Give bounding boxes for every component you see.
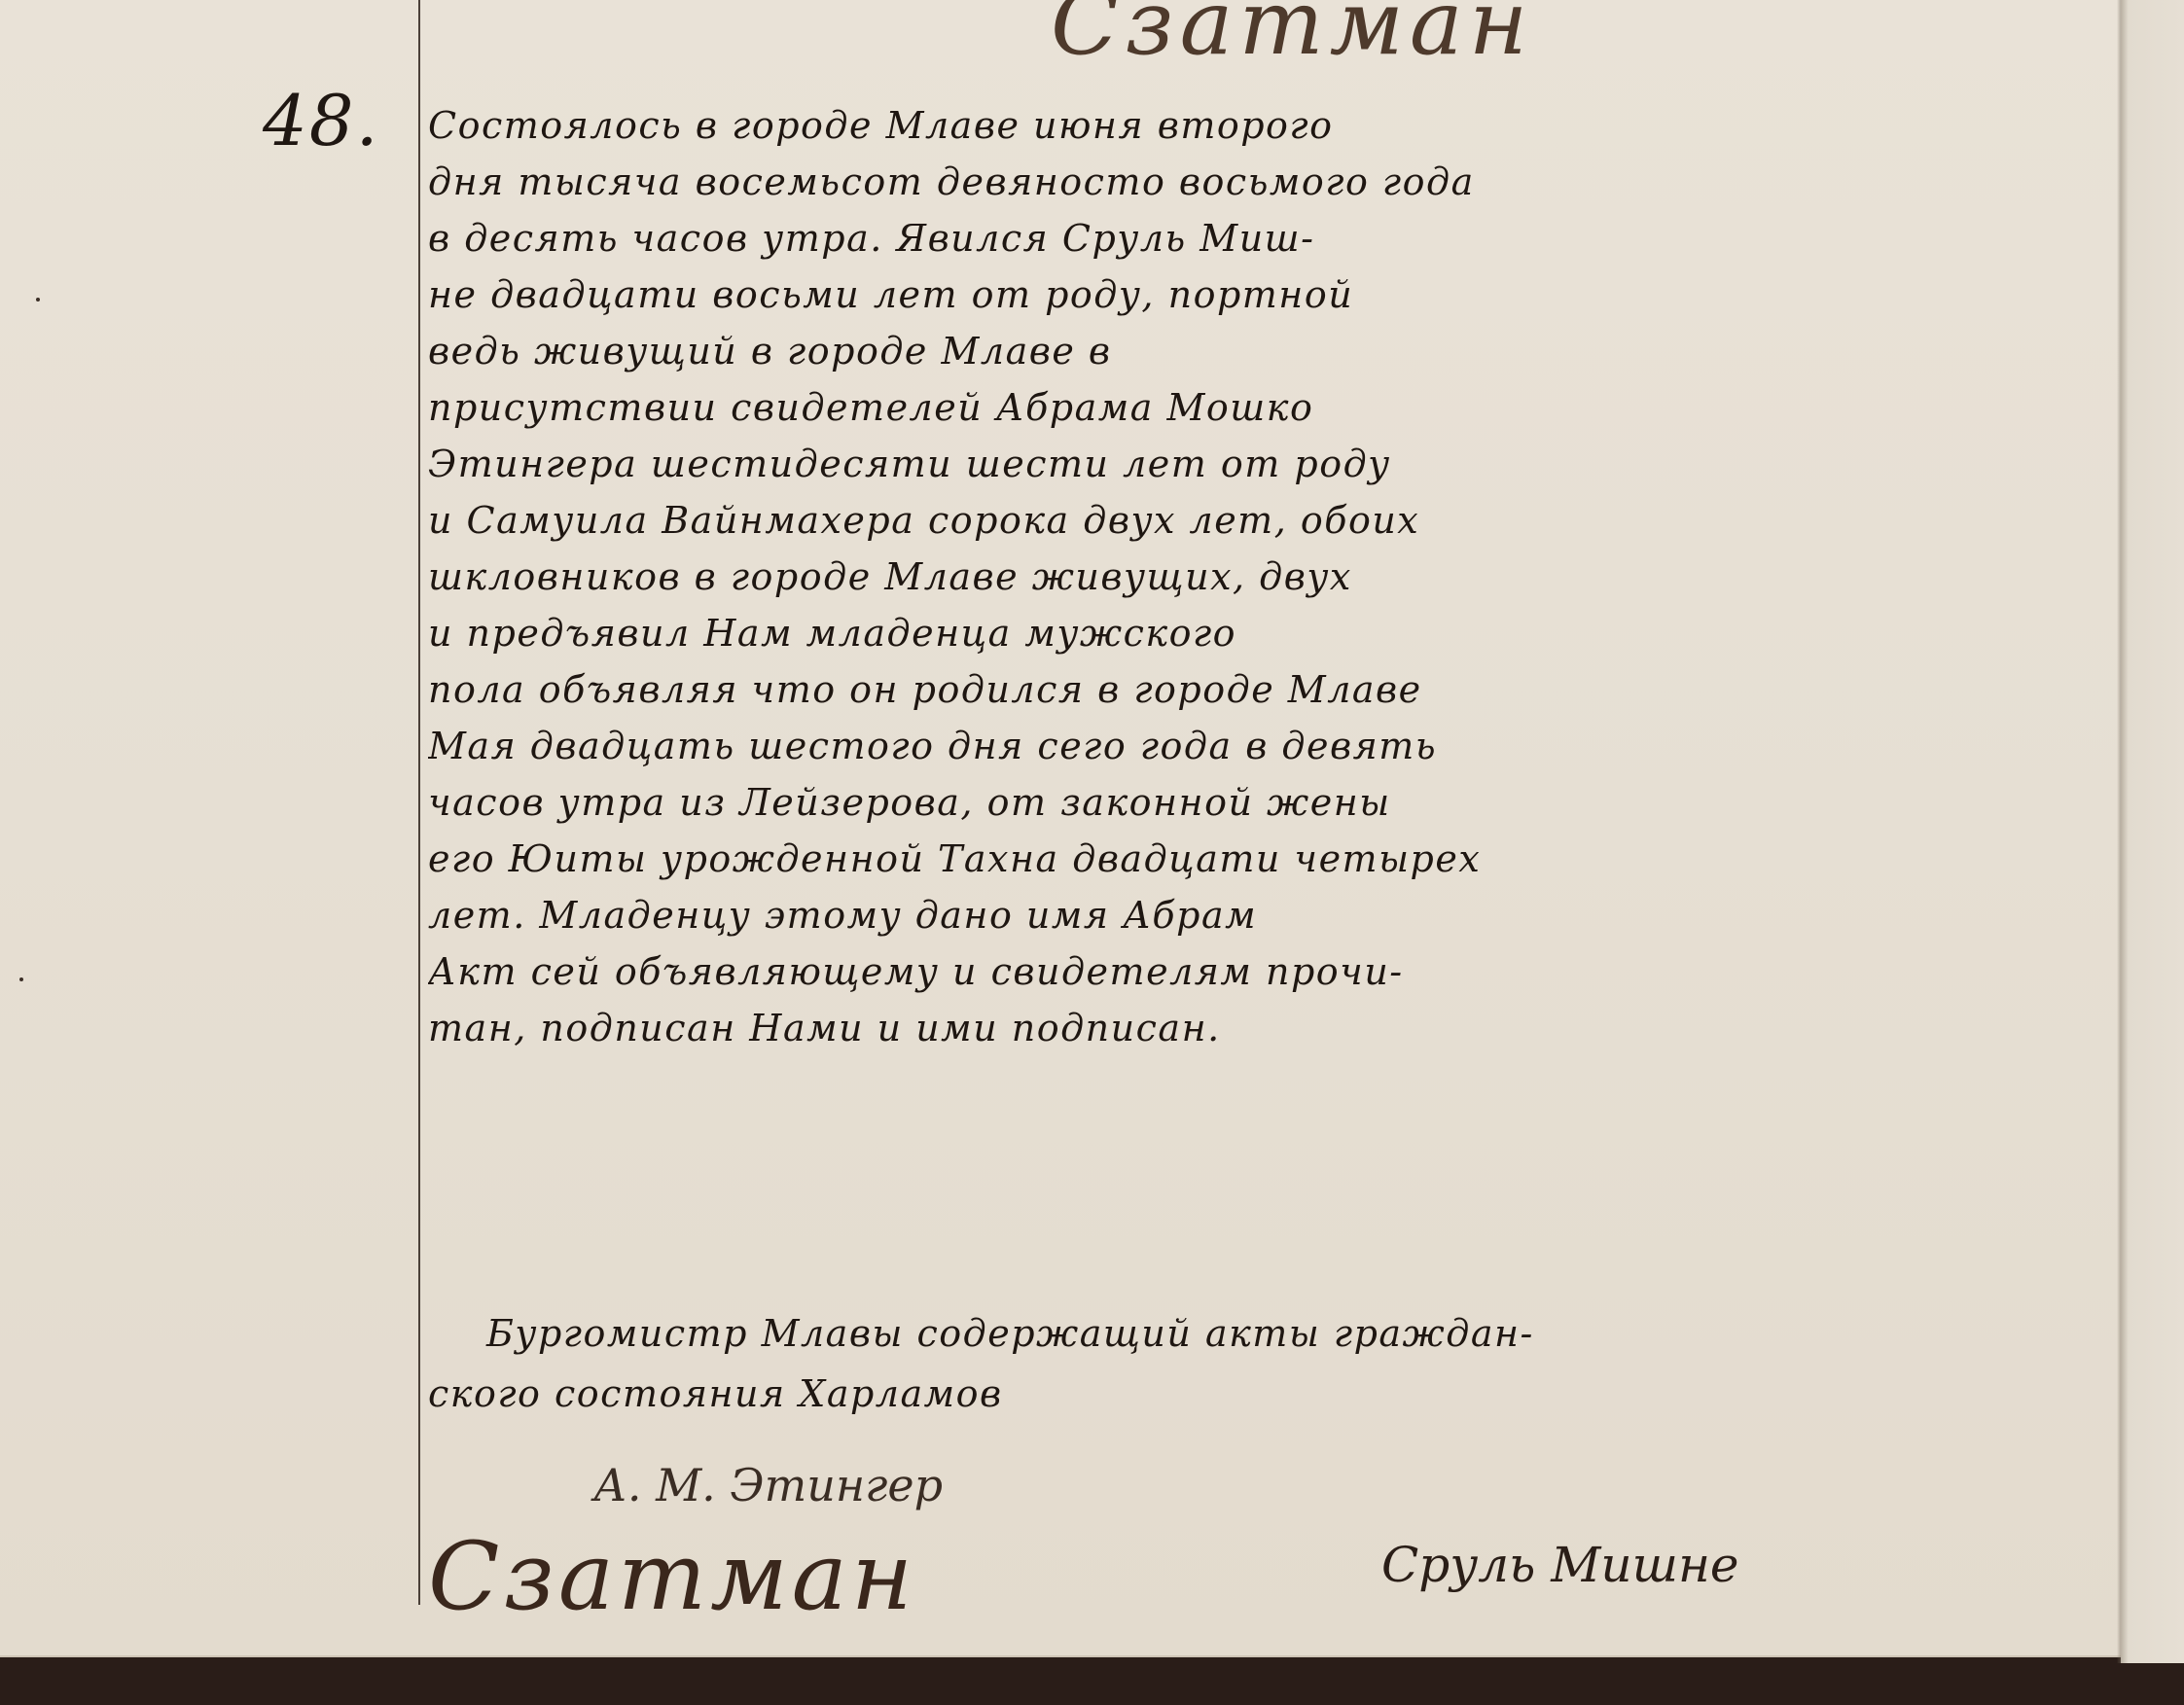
closing-line: ского состояния Харламов xyxy=(428,1364,2101,1424)
declarant-signature: Сруль Мишне xyxy=(1381,1537,1739,1593)
body-line: тан, подписан Нами и ими подписан. xyxy=(428,1000,2101,1056)
body-line: его Юиты урожденной Тахна двадцати четыр… xyxy=(428,831,2101,887)
body-line: присутствии свидетелей Абрама Мошко xyxy=(428,379,2101,436)
body-line: и Самуила Вайнмахера сорока двух лет, об… xyxy=(428,492,2101,549)
body-line: Этингера шестидесяти шести лет от роду xyxy=(428,436,2101,492)
registrar-statement: Бургомистр Млавы содержащий акты граждан… xyxy=(428,1303,2101,1424)
closing-line: Бургомистр Млавы содержащий акты граждан… xyxy=(428,1303,2101,1364)
body-line: и предъявил Нам младенца мужского xyxy=(428,605,2101,661)
facing-page-edge xyxy=(2121,0,2184,1663)
margin-rule xyxy=(418,0,420,1605)
body-line: дня тысяча восемьсот девяносто восьмого … xyxy=(428,154,2101,210)
body-line: ведь живущий в городе Млаве в xyxy=(428,323,2101,379)
paper-speck xyxy=(36,298,40,302)
body-line: часов утра из Лейзерова, от законной жен… xyxy=(428,774,2101,831)
top-signature-fragment: Сзатман xyxy=(1051,0,1533,75)
entry-number: 48. xyxy=(263,80,380,161)
body-line: Акт сей объявляющему и свидетелям прочи- xyxy=(428,943,2101,1000)
main-signature: Сзатман xyxy=(428,1522,916,1631)
body-line: шкловников в городе Млаве живущих, двух xyxy=(428,549,2101,605)
body-line: пола объявляя что он родился в городе Мл… xyxy=(428,661,2101,718)
body-line: в десять часов утра. Явился Сруль Миш- xyxy=(428,210,2101,266)
entry-body: Состоялось в городе Млаве июня второго д… xyxy=(428,97,2101,1056)
body-line: не двадцати восьми лет от роду, портной xyxy=(428,266,2101,323)
body-line: лет. Младенцу этому дано имя Абрам xyxy=(428,887,2101,943)
paper-speck xyxy=(19,977,23,981)
body-line: Состоялось в городе Млаве июня второго xyxy=(428,97,2101,154)
body-line: Мая двадцать шестого дня сего года в дев… xyxy=(428,718,2101,774)
witness-signature: А. М. Этингер xyxy=(593,1459,943,1511)
register-page: Сзатман 48. Состоялось в городе Млаве ию… xyxy=(0,0,2121,1657)
